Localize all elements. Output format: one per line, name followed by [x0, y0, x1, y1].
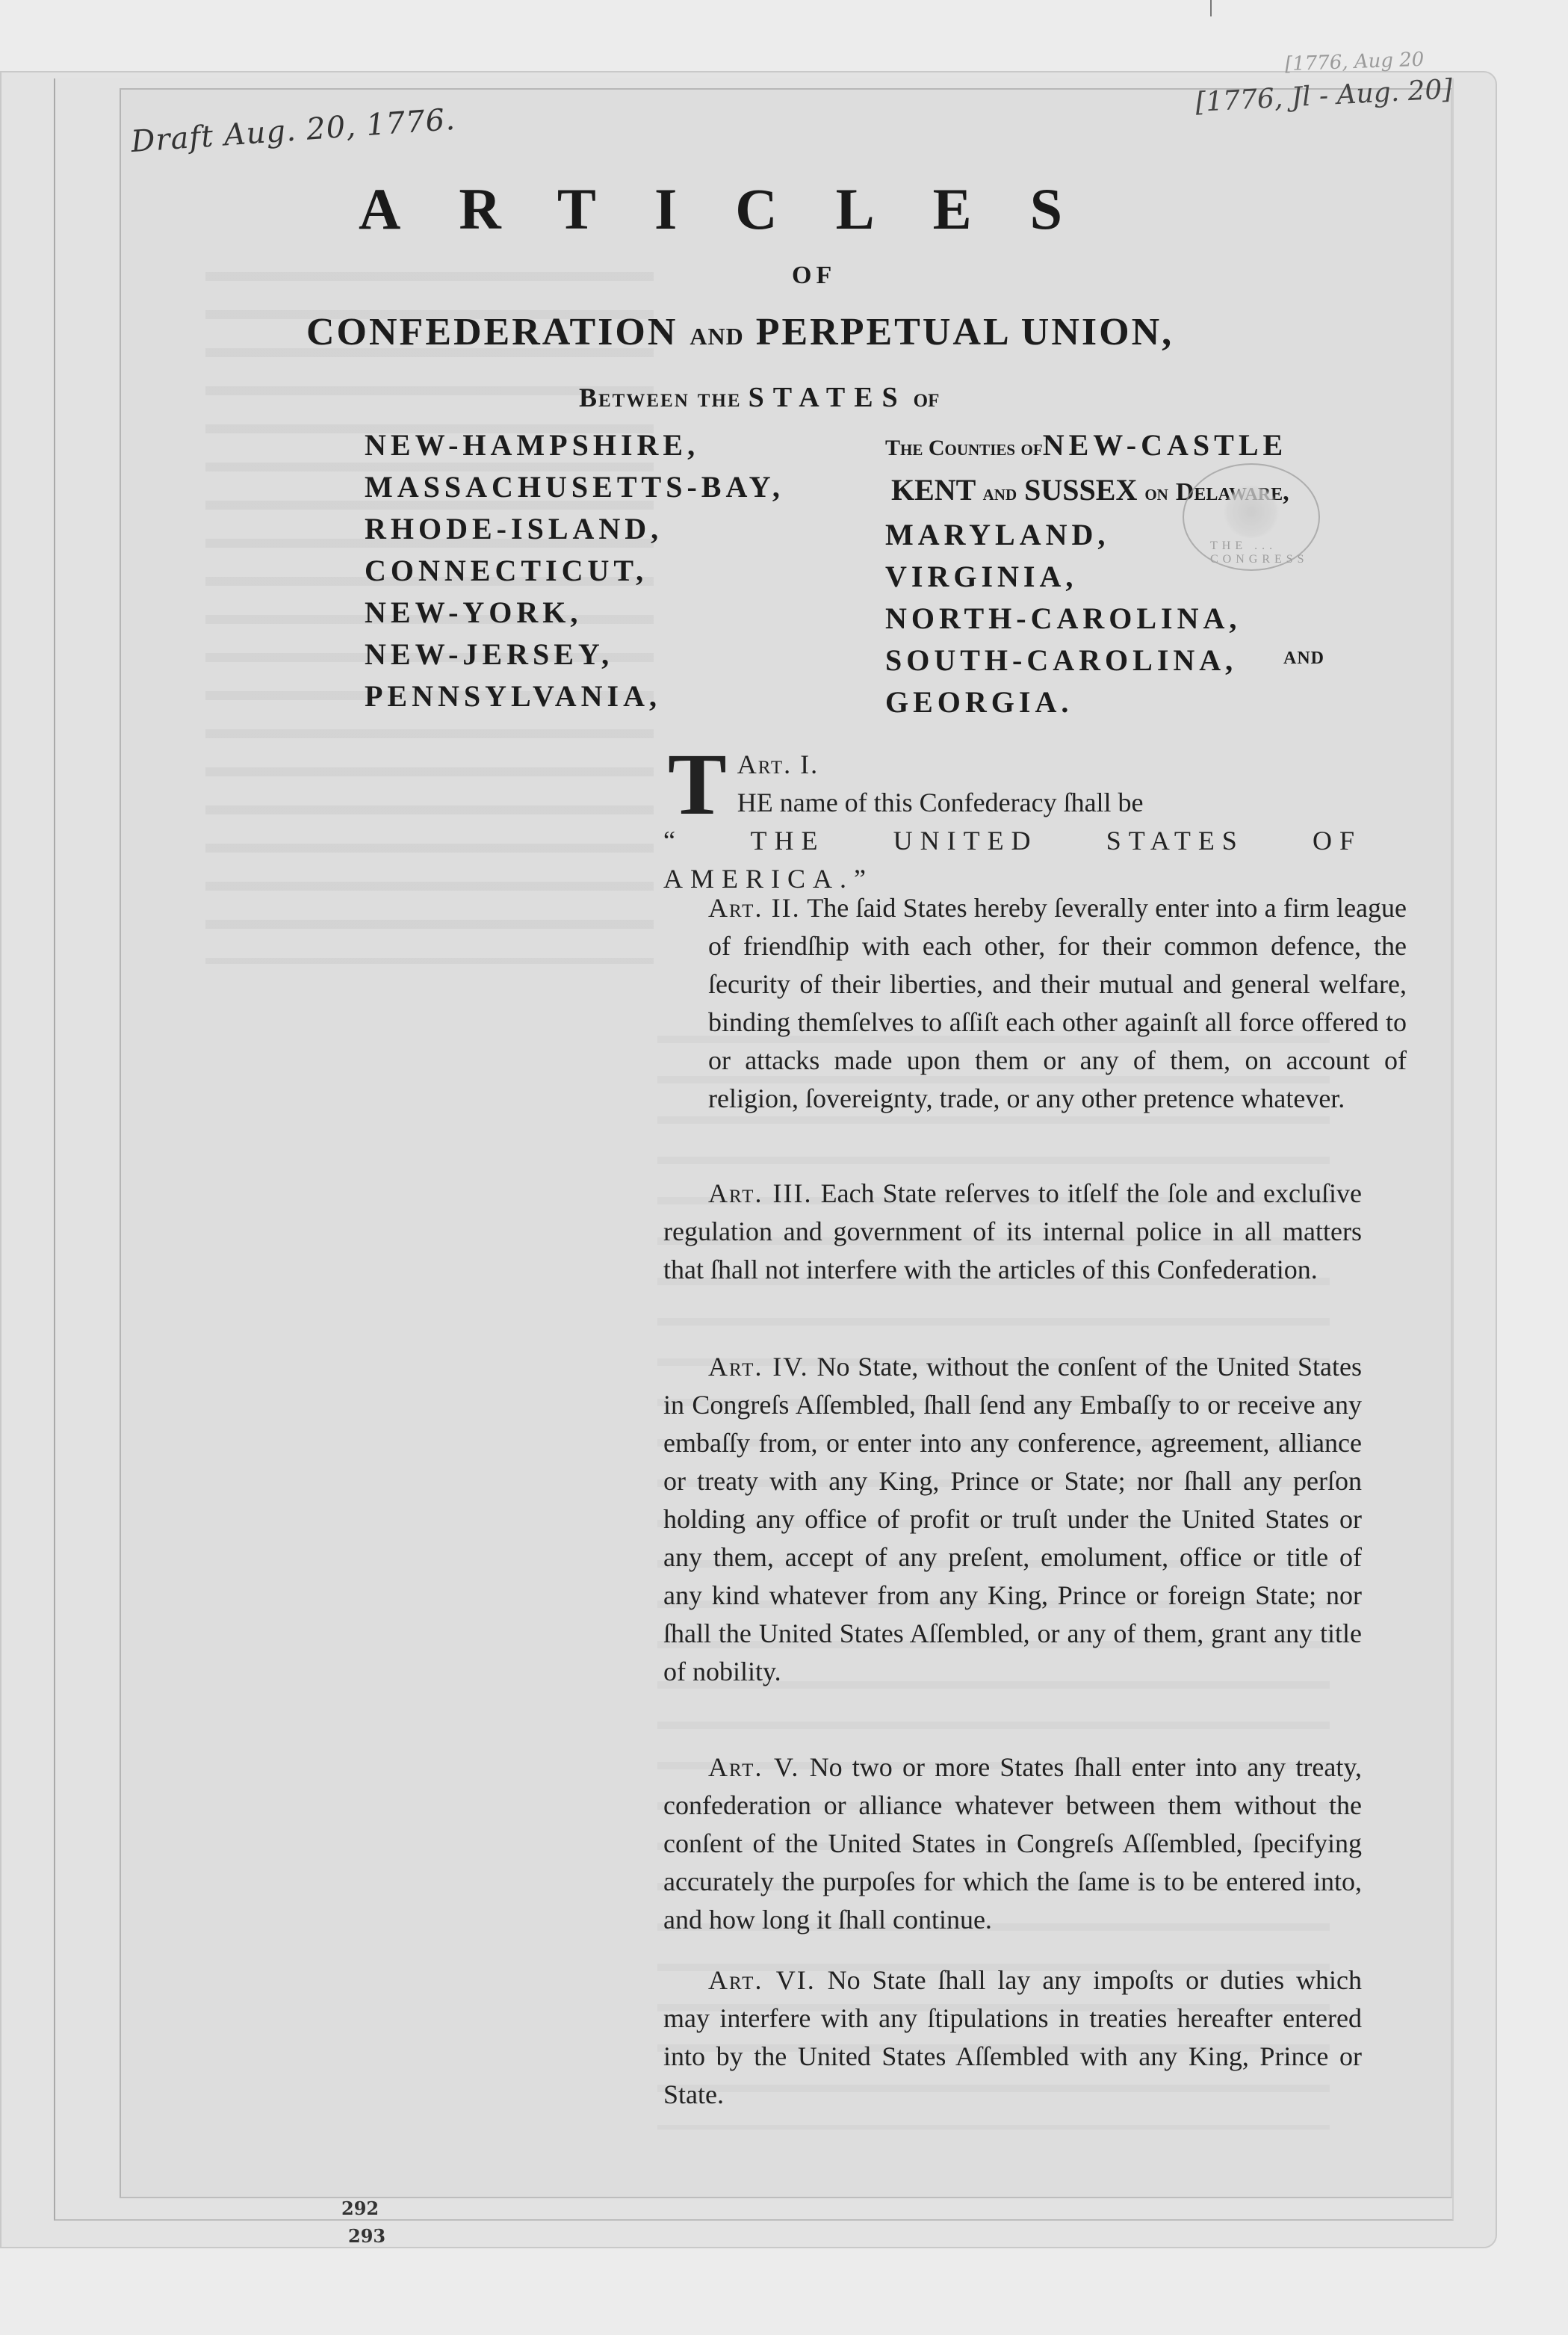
state-item: NEW-HAMPSHIRE,: [365, 424, 784, 466]
county-new-castle: NEW-CASTLE: [1043, 428, 1287, 462]
article-label: Art. I.: [737, 749, 819, 779]
between-states: STATES: [749, 382, 907, 413]
article-label: Art. II.: [708, 893, 801, 923]
subtitle-perpetual-union: PERPETUAL UNION,: [756, 311, 1174, 353]
state-item: NORTH-CAROLINA,: [885, 598, 1289, 640]
folio-number: 292: [341, 2198, 379, 2219]
between-prefix: Between the: [579, 383, 742, 412]
subtitle-and: AND: [690, 323, 743, 350]
article-label: Art. VI.: [708, 1965, 816, 1995]
crop-mark: [1210, 0, 1212, 16]
state-item: GEORGIA.: [885, 681, 1289, 723]
article-text: The ſaid States hereby ſeverally enter i…: [708, 893, 1407, 1113]
state-item: SOUTH-CAROLINA,: [885, 640, 1289, 681]
folio-number: 293: [348, 2225, 385, 2247]
article-text: No State, without the conſent of the Uni…: [663, 1352, 1362, 1686]
between-of: of: [914, 383, 940, 412]
county-kent: KENT: [891, 473, 976, 507]
seal-text: THE ... CONGRESS: [1210, 539, 1318, 566]
article-label: Art. III.: [708, 1178, 813, 1208]
title-of: OF: [792, 262, 836, 290]
article-text-caps: “ THE UNITED STATES OF AMERICA.”: [663, 826, 1362, 894]
dropcap: T: [668, 749, 727, 820]
county-sussex: SUSSEX: [1024, 473, 1137, 507]
subtitle: CONFEDERATION AND PERPETUAL UNION,: [306, 310, 1174, 354]
article-5: Art. V. No two or more States ſhall ente…: [663, 1748, 1362, 1939]
state-item: NEW-YORK,: [365, 592, 784, 634]
article-3: Art. III. Each State reſerves to itſelf …: [663, 1175, 1362, 1289]
subtitle-confederation: CONFEDERATION: [306, 311, 678, 353]
eagle-icon: [1221, 486, 1281, 538]
article-6: Art. VI. No State ſhall lay any impoſts …: [663, 1961, 1362, 2114]
kent-and: and: [983, 480, 1017, 505]
article-label: Art. V.: [708, 1752, 799, 1782]
state-item: MASSACHUSETTS-BAY,: [365, 466, 784, 508]
counties-prefix: The Counties of: [885, 436, 1043, 460]
article-2: Art. II. The ſaid States hereby ſeverall…: [663, 889, 1407, 1118]
state-item-delaware-counties: The Counties ofNEW-CASTLE: [885, 424, 1289, 469]
state-item: PENNSYLVANIA,: [365, 675, 784, 717]
between-line: Between the STATES of: [579, 381, 939, 414]
state-item: NEW-JERSEY,: [365, 634, 784, 675]
library-seal-stamp: THE ... CONGRESS: [1183, 463, 1320, 571]
states-list-left: NEW-HAMPSHIRE, MASSACHUSETTS-BAY, RHODE-…: [365, 424, 784, 717]
article-1: Art. I. T HE name of this Confederacy ſh…: [663, 746, 1362, 898]
page-title: ARTICLES: [359, 176, 1330, 243]
article-4: Art. IV. No State, without the conſent o…: [663, 1348, 1362, 1691]
and-mark: and: [1283, 649, 1324, 669]
sussex-on: on: [1144, 480, 1168, 505]
article-label: Art. IV.: [708, 1352, 809, 1382]
state-item: CONNECTICUT,: [365, 550, 784, 592]
article-text: HE name of this Confederacy ſhall be: [663, 784, 1362, 822]
state-item: RHODE-ISLAND,: [365, 508, 784, 550]
